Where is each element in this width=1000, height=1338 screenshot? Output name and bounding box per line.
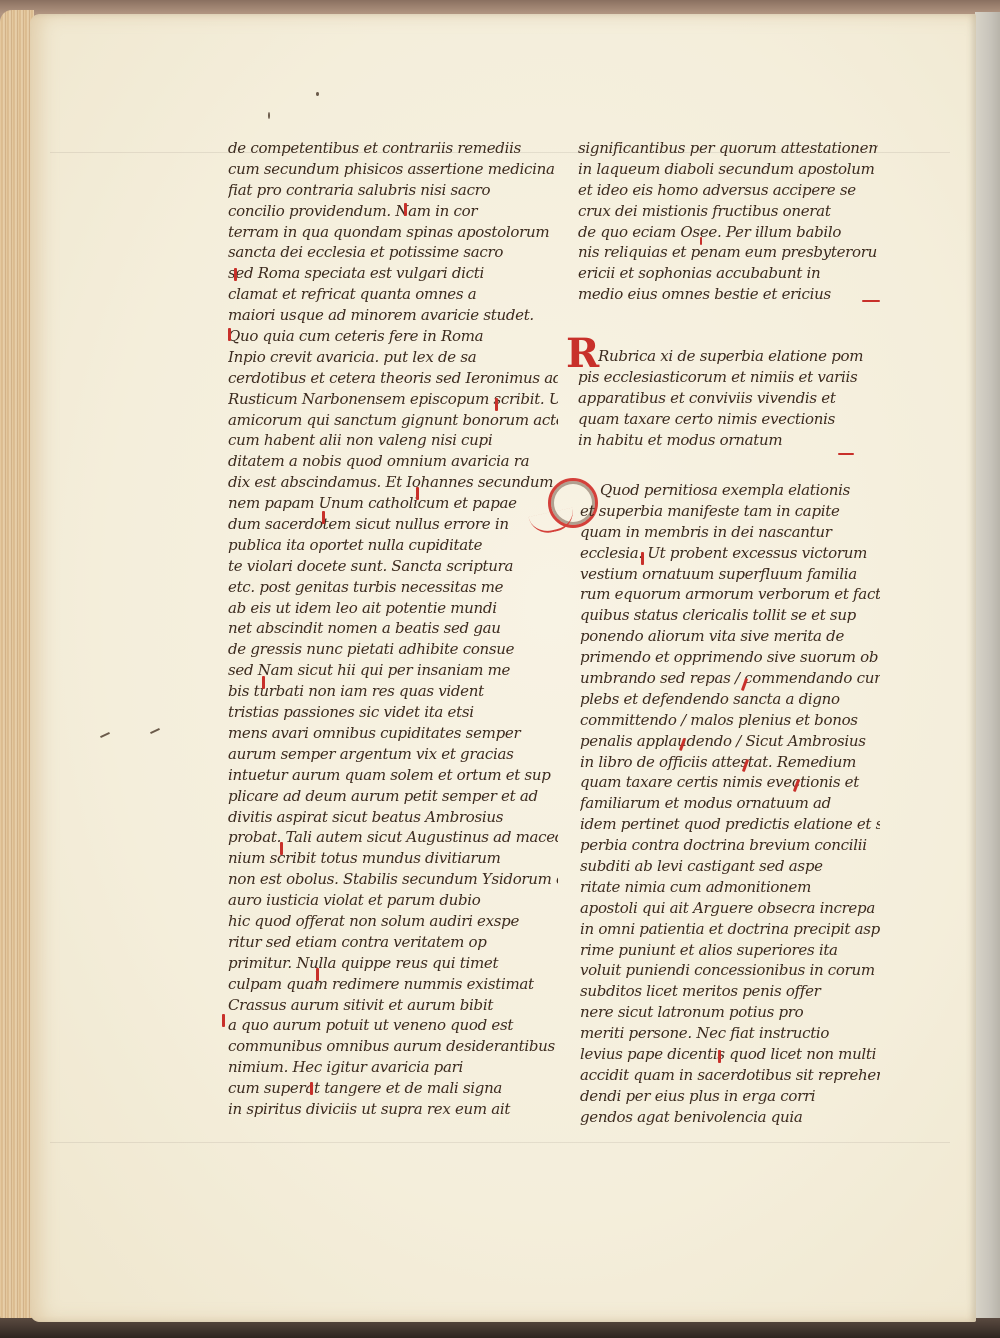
text-line: maiori usque ad minorem avaricie studet. [228,305,558,326]
text-line: intuetur aurum quam solem et ortum et su… [228,765,558,786]
ruling-line [50,1142,950,1143]
text-line: bis turbati non iam res quas vident [228,681,558,702]
text-line: fiat pro contraria salubris nisi sacro [228,180,558,201]
text-line: gendos agat benivolencia quia [580,1107,880,1128]
heading-line: apparatibus et conviviis vivendis et [578,388,878,409]
heading-line: pis ecclesiasticorum et nimiis et variis [578,367,878,388]
left-text-column: de competentibus et contrariis remediis … [228,138,558,1120]
text-line: amicorum qui sanctum gignunt bonorum act… [228,410,558,431]
text-line: nere sicut latronum potius pro [580,1002,880,1023]
text-line: nimium. Hec igitur avaricia pari [228,1057,558,1078]
text-line: divitis aspirat sicut beatus Ambrosius [228,807,558,828]
rubric-heading: Rubrica xi de superbia elatione pom pis … [598,346,878,450]
text-line: quibus status clericalis tollit se et su… [580,605,880,626]
text-line: apostoli qui ait Arguere obsecra increpa [580,898,880,919]
text-line: ditatem a nobis quod omnium avaricia ra [228,451,558,472]
rubric-mark [316,968,319,981]
text-line: cum habent alii non valeng nisi cupi [228,430,558,451]
ink-speck [316,92,319,96]
text-line: meriti persone. Nec fiat instructio [580,1023,880,1044]
rubric-mark [700,237,702,245]
text-line: hic quod offerat non solum audiri exspe [228,911,558,932]
text-line: subditi ab levi castigant sed aspe [580,856,880,877]
rubric-mark [416,487,419,500]
text-line: quam in membris in dei nascantur [580,522,880,543]
text-line: communibus omnibus aurum desiderantibus … [228,1036,558,1057]
text-line: Quod pernitiosa exempla elationis [600,480,880,501]
text-line: nium scribit totus mundus divitiarum [228,848,558,869]
text-line: dix est abscindamus. Et Iohannes secundu… [228,472,558,493]
heading-line: Rubrica xi de superbia elatione pom [598,346,878,367]
text-line: publica ita oportet nulla cupiditate [228,535,558,556]
text-line: in spiritus diviciis ut supra rex eum ai… [228,1099,558,1120]
text-line: nem papam Unum catholicum et papae [228,493,558,514]
text-line: penalis applaudendo / Sicut Ambrosius [580,731,880,752]
heading-line: in habitu et modus ornatum [578,430,878,451]
text-line: nis reliquias et penam eum presbyterorum [578,242,878,263]
text-line: tristias passiones sic videt ita etsi [228,702,558,723]
rubric-mark [310,1082,313,1095]
text-line: et superbia manifeste tam in capite [580,501,880,522]
text-line: dendi per eius plus in erga corri [580,1086,880,1107]
rubric-line-filler [838,453,854,455]
text-line: ritate nimia cum admonitionem [580,877,880,898]
text-line: in omni patientia et doctrina precipit a… [580,919,880,940]
text-line: plicare ad deum aurum petit semper et ad [228,786,558,807]
text-line: net abscindit nomen a beatis sed gau [228,618,558,639]
text-line: etc. post genitas turbis necessitas me [228,577,558,598]
text-line: familiarum et modus ornatuum ad [580,793,880,814]
text-line: cum secundum phisicos assertione medicin… [228,159,558,180]
book-gutter [975,12,1000,1322]
text-line: in libro de officiis attestat. Remedium [580,752,880,773]
rubric-mark [718,1050,721,1063]
text-line: de competentibus et contrariis remediis [228,138,558,159]
text-line: ab eis ut idem leo ait potentie mundi [228,598,558,619]
text-line: primendo et opprimendo sive suorum ob [580,647,880,668]
rubric-mark [234,268,237,281]
text-line: Crassus aurum sitivit et aurum bibit [228,995,558,1016]
text-line: in laqueum diaboli secundum apostolum in… [578,159,878,180]
rubric-mark [280,842,283,855]
text-line: rum equorum armorum verborum et factorum [580,584,880,605]
text-line: sed Roma speciata est vulgari dicti [228,263,558,284]
rubric-mark [495,398,498,411]
text-line: Rusticum Narbonensem episcopum scribit. … [228,389,558,410]
right-text-column-main: Quod pernitiosa exempla elationis et sup… [600,480,880,1128]
text-line: medio eius omnes bestie et ericius [578,284,878,305]
text-line: umbrando sed repas / commendando cum [580,668,880,689]
text-line: ericii et sophonias accubabunt in [578,263,878,284]
text-line: culpam quam redimere nummis existimat [228,974,558,995]
text-line: perbia contra doctrina brevium concilii [580,835,880,856]
rubric-mark [404,203,407,216]
rubric-mark [641,552,644,565]
text-line: aurum semper argentum vix et gracias [228,744,558,765]
ink-speck [268,112,270,119]
text-line: de gressis nunc pietati adhibite consue [228,639,558,660]
text-line: mens avari omnibus cupiditates semper [228,723,558,744]
text-line: levius pape dicentis quod licet non mult… [580,1044,880,1065]
heading-line: quam taxare certo nimis evectionis [578,409,878,430]
text-line: Quo quia cum ceteris fere in Roma [228,326,558,347]
rubric-mark [222,1014,225,1027]
right-text-column-top: significantibus per quorum attestationem… [578,138,878,305]
text-line: ecclesia. Ut probent excessus victorum [580,543,880,564]
text-line: vestium ornatuum superfluum familia [580,564,880,585]
text-line: Inpio crevit avaricia. put lex de sa [228,347,558,368]
text-line: te violari docete sunt. Sancta scriptura [228,556,558,577]
text-line: clamat et refricat quanta omnes a [228,284,558,305]
text-line: cerdotibus et cetera theoris sed Ieronim… [228,368,558,389]
text-line: sancta dei ecclesia et potissime sacro [228,242,558,263]
text-line: probat. Tali autem sicut Augustinus ad m… [228,827,558,848]
text-line: plebs et defendendo sancta a digno [580,689,880,710]
text-line: committendo / malos plenius et bonos [580,710,880,731]
text-line: ritur sed etiam contra veritatem op [228,932,558,953]
text-line: et ideo eis homo adversus accipere se [578,180,878,201]
text-line: de quo eciam Osee. Per illum babilo [578,222,878,243]
text-line: idem pertinet quod predictis elatione et… [580,814,880,835]
text-line: ponendo aliorum vita sive merita de [580,626,880,647]
text-line: a quo aurum potuit ut veneno quod est [228,1015,558,1036]
text-line: accidit quam in sacerdotibus sit reprehe… [580,1065,880,1086]
text-line: auro iusticia violat et parum dubio [228,890,558,911]
text-line: non est obolus. Stabilis secundum Ysidor… [228,869,558,890]
text-line: cum superat tangere et de mali signa [228,1078,558,1099]
text-line: primitur. Nulla quippe reus qui timet [228,953,558,974]
rubric-mark [228,328,231,341]
text-line: sed Nam sicut hii qui per insaniam me [228,660,558,681]
text-line: terram in qua quondam spinas apostolorum [228,222,558,243]
text-line: quam taxare certis nimis evectionis et [580,772,880,793]
text-line: significantibus per quorum attestationem [578,138,878,159]
text-line: subditos licet meritos penis offer [580,981,880,1002]
rubric-line-filler [862,300,880,302]
page-stack-edge [0,10,34,1328]
text-line: concilio providendum. Nam in cor [228,201,558,222]
text-line: rime puniunt et alios superiores ita [580,940,880,961]
rubric-mark [322,511,325,524]
rubric-mark [262,676,265,689]
text-line: dum sacerdotem sicut nullus errore in [228,514,558,535]
text-line: voluit puniendi concessionibus in corum [580,960,880,981]
text-line: crux dei mistionis fructibus onerat [578,201,878,222]
